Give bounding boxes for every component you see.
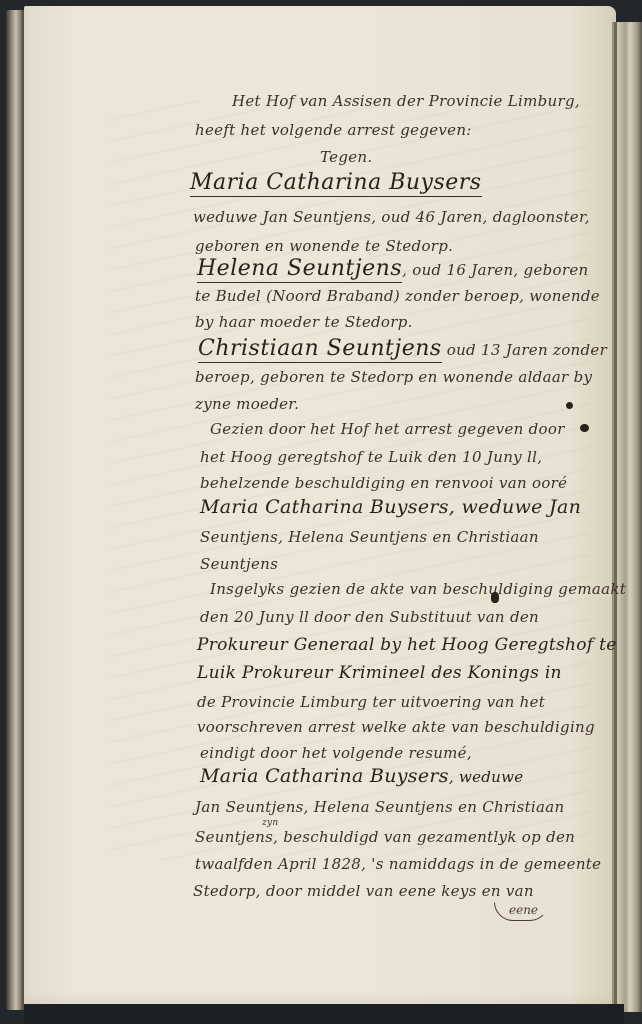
text-line: twaalfden April 1828, 's namiddags in de… bbox=[195, 855, 601, 873]
text-line: Gezien door het Hof het arrest gegeven d… bbox=[210, 420, 565, 438]
text-fragment: , weduwe bbox=[449, 768, 524, 786]
archive-scan: Het Hof van Assisen der Provincie Limbur… bbox=[0, 0, 642, 1024]
text-line: Insgelyks gezien de akte van beschuldigi… bbox=[210, 580, 626, 598]
text-line: Helena Seuntjens, oud 16 Jaren, geboren bbox=[197, 256, 588, 281]
text-line: behelzende beschuldiging en renvooi van … bbox=[200, 474, 567, 492]
text-line: voorschreven arrest welke akte van besch… bbox=[197, 718, 595, 736]
text-line: by haar moeder te Stedorp. bbox=[195, 313, 413, 331]
defendant-name-3: Christiaan Seuntjens bbox=[198, 336, 442, 363]
ink-blot bbox=[491, 592, 499, 603]
text-line: Tegen. bbox=[320, 148, 372, 166]
defendant-name-1: Maria Catharina Buysers bbox=[190, 170, 482, 197]
text-line: beroep, geboren te Stedorp en wonende al… bbox=[195, 368, 592, 386]
text-line: eindigt door het volgende resumé, bbox=[200, 744, 472, 762]
text-line: heeft het volgende arrest gegeven: bbox=[195, 121, 472, 139]
text-line: weduwe Jan Seuntjens, oud 46 Jaren, dagl… bbox=[193, 208, 590, 226]
text-fragment: , oud 16 Jaren, geboren bbox=[402, 261, 588, 279]
text-line: Maria Catharina Buysers, weduwe Jan bbox=[200, 496, 581, 518]
text-line: Christiaan Seuntjens oud 13 Jaren zonder bbox=[198, 336, 607, 361]
text-line: het Hoog geregtshof te Luik den 10 Juny … bbox=[200, 448, 542, 466]
text-line: Jan Seuntjens, Helena Seuntjens en Chris… bbox=[195, 798, 564, 816]
text-fragment: oud 13 Jaren zonder bbox=[442, 341, 607, 359]
text-line: geboren en wonende te Stedorp. bbox=[195, 237, 453, 255]
text-line: Seuntjens bbox=[200, 555, 278, 573]
catchword: eene bbox=[494, 902, 549, 921]
text-line: te Budel (Noord Braband) zonder beroep, … bbox=[195, 287, 600, 305]
text-line: den 20 Juny ll door den Substituut van d… bbox=[200, 608, 539, 626]
text-line: zyne moeder. bbox=[195, 395, 299, 413]
text-line: de Provincie Limburg ter uitvoering van … bbox=[197, 693, 545, 711]
ink-blot bbox=[566, 402, 573, 409]
text-line: Stedorp, door middel van eene keys en va… bbox=[193, 882, 534, 900]
interlinear-insertion: zyn bbox=[262, 818, 279, 828]
text-line: Luik Prokureur Krimineel des Konings in bbox=[197, 663, 562, 683]
text-line: Prokureur Generaal by het Hoog Geregtsho… bbox=[197, 635, 617, 655]
defendant-name-summary: Maria Catharina Buysers bbox=[200, 765, 449, 787]
handwritten-text: Het Hof van Assisen der Provincie Limbur… bbox=[0, 0, 642, 1024]
text-line: Maria Catharina Buysers, weduwe bbox=[200, 765, 523, 787]
defendant-name-2: Helena Seuntjens bbox=[197, 256, 402, 283]
text-line: Seuntjens, beschuldigd van gezamentlyk o… bbox=[195, 828, 575, 846]
text-line: Seuntjens, Helena Seuntjens en Christiaa… bbox=[200, 528, 539, 546]
text-line: Het Hof van Assisen der Provincie Limbur… bbox=[232, 92, 580, 110]
ink-blot bbox=[580, 424, 589, 432]
